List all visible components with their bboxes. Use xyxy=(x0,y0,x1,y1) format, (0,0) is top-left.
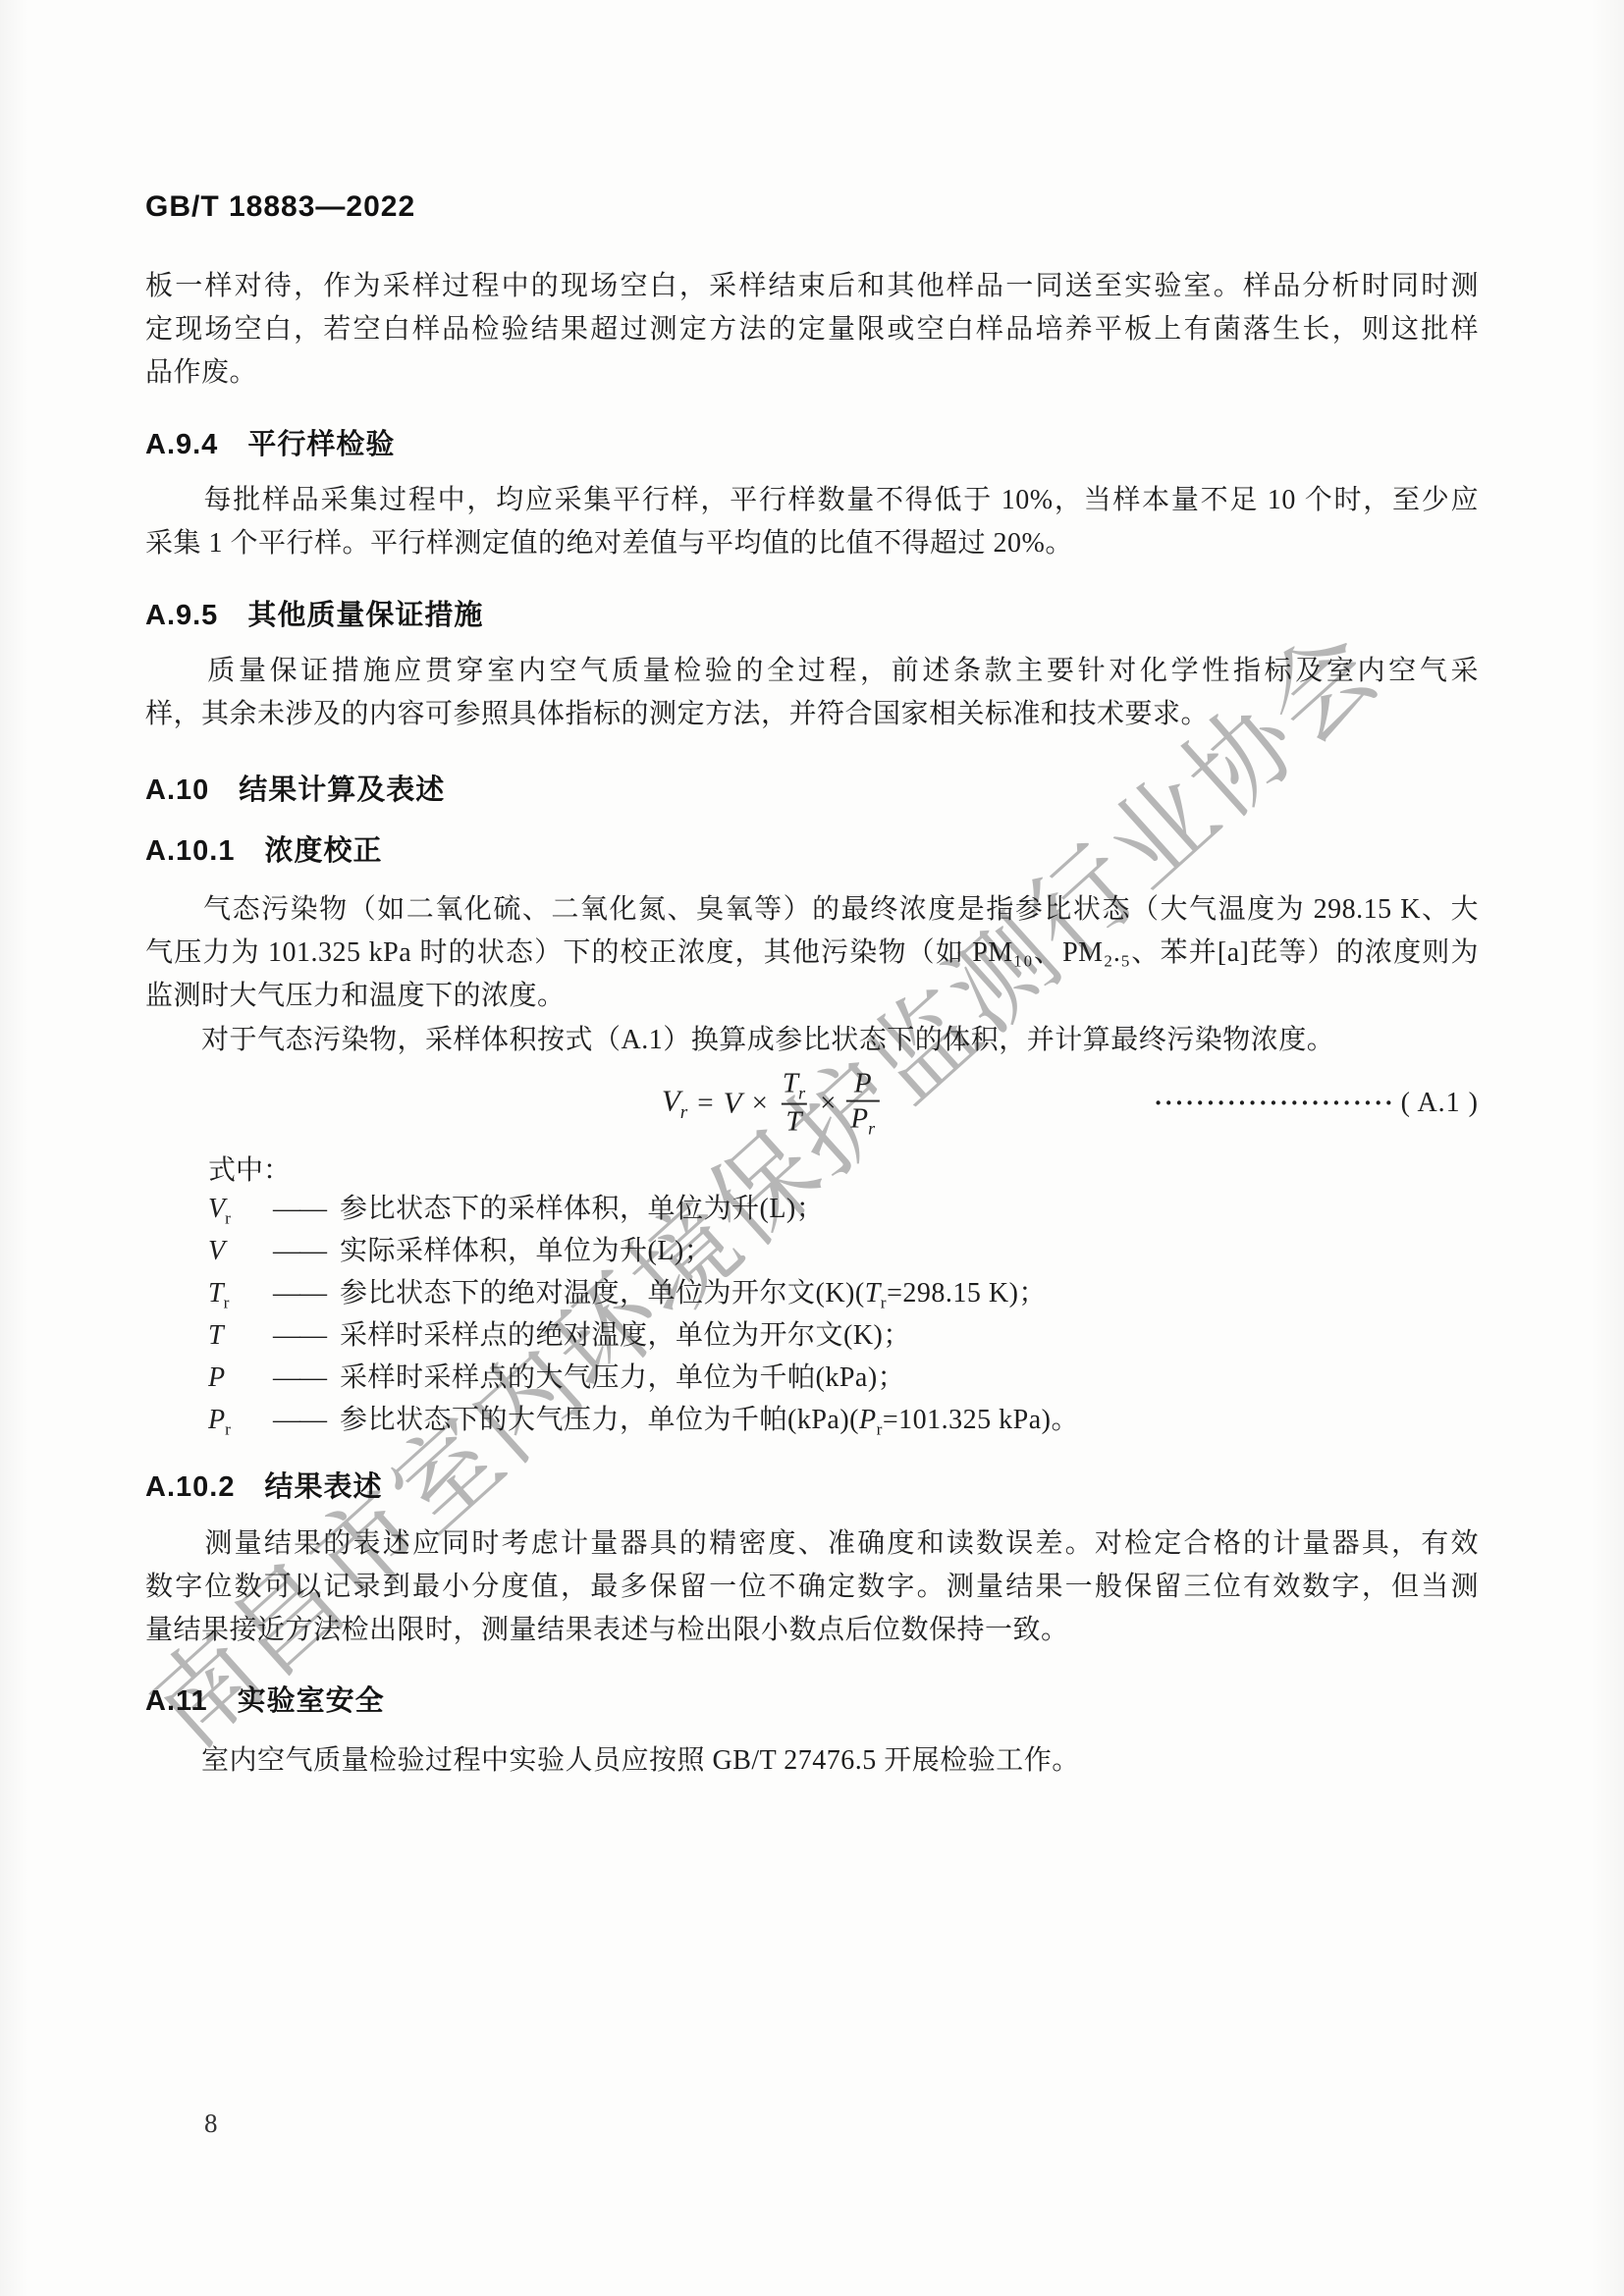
var-sub: r xyxy=(225,1209,231,1228)
text-line: 品作废。 xyxy=(145,351,1479,395)
section-heading-a101: A.10.1 浓度校正 xyxy=(145,828,1479,869)
definition-dash: —— xyxy=(273,1236,326,1267)
text-line: 测量结果的表述应同时考虑计量器具的精密度、准确度和读数误差。对检定合格的计量器具… xyxy=(145,1522,1479,1566)
var-t: T xyxy=(208,1320,224,1351)
paragraph: 测量结果的表述应同时考虑计量器具的精密度、准确度和读数误差。对检定合格的计量器具… xyxy=(145,1522,1479,1652)
multiply-sign: × xyxy=(820,1088,836,1120)
section-heading-a10: A.10 结果计算及表述 xyxy=(145,768,1479,808)
fraction-pressure: P Pr xyxy=(845,1068,880,1140)
text-line: 气压力为 101.325 kPa 时的状态）下的校正浓度，其他污染物（如 PM₁… xyxy=(145,932,1479,975)
desc-text: 参比状态下的绝对温度，单位为开尔文(K)( xyxy=(340,1278,865,1308)
desc-text: 参比状态下的大气压力，单位为千帕(kPa)( xyxy=(340,1405,859,1435)
term-row-tr: Tr —— 参比状态下的绝对温度，单位为开尔文(K)(Tr=298.15 K)； xyxy=(208,1271,1479,1313)
term-row-p: P —— 采样时采样点的大气压力，单位为千帕(kPa)； xyxy=(208,1356,1479,1398)
section-heading-a94: A.9.4 平行样检验 xyxy=(145,422,1479,462)
var-inline: P xyxy=(859,1405,877,1435)
term-description: 参比状态下的绝对温度，单位为开尔文(K)(Tr=298.15 K)； xyxy=(326,1271,1479,1313)
text-line: 采集 1 个平行样。平行样测定值的绝对差值与平均值的比值不得超过 20%。 xyxy=(145,522,1479,565)
term-row-vr: Vr —— 参比状态下的采样体积，单位为升(L)； xyxy=(208,1187,1479,1229)
var-sub: r xyxy=(224,1294,230,1312)
page-number: 8 xyxy=(204,2109,218,2139)
term-description: 实际采样体积，单位为升(L)； xyxy=(326,1229,1479,1271)
desc-text: 采样时采样点的大气压力，单位为千帕(kPa)； xyxy=(340,1362,905,1393)
text-line: 监测时大气压力和温度下的浓度。 xyxy=(145,975,1479,1018)
section-heading-a95: A.9.5 其他质量保证措施 xyxy=(145,593,1479,633)
text-line: 量结果接近方法检出限时，测量结果表述与检出限小数点后位数保持一致。 xyxy=(145,1609,1479,1652)
var-sub-r: r xyxy=(798,1083,805,1102)
section-heading-a11: A.11 实验室安全 xyxy=(145,1679,1479,1719)
formula-a1: Vr = V × Tr T × P Pr xyxy=(662,1068,880,1140)
formula-number-label: ( A.1 ) xyxy=(1401,1088,1479,1119)
fraction-numerator: P xyxy=(849,1068,877,1100)
term-row-pr: Pr —— 参比状态下的大气压力，单位为千帕(kPa)(Pr=101.325 k… xyxy=(208,1398,1479,1440)
text-line: 板一样对待，作为采样过程中的现场空白，采样结束后和其他样品一同送至实验室。样品分… xyxy=(145,265,1479,308)
var-v: V xyxy=(208,1236,225,1266)
text-line: 气态污染物（如二氧化硫、二氧化氮、臭氧等）的最终浓度是指参比状态（大气温度为 2… xyxy=(145,888,1479,932)
formula-block: Vr = V × Tr T × P Pr ···················… xyxy=(145,1052,1479,1154)
term-symbol: T xyxy=(208,1320,273,1356)
fraction-numerator: Tr xyxy=(778,1068,810,1103)
term-description: 采样时采样点的大气压力，单位为千帕(kPa)； xyxy=(326,1356,1479,1398)
definition-dash: —— xyxy=(273,1405,326,1436)
desc-text: 采样时采样点的绝对温度，单位为开尔文(K)； xyxy=(340,1320,911,1351)
text-line: 样，其余未涉及的内容可参照具体指标的测定方法，并符合国家相关标准和技术要求。 xyxy=(145,693,1479,736)
term-symbol: Pr xyxy=(208,1405,273,1440)
definition-dash: —— xyxy=(273,1362,326,1394)
paragraph: 每批样品采集过程中，均应采集平行样，平行样数量不得低于 10%，当样本量不足 1… xyxy=(145,479,1479,565)
var-sub-r: r xyxy=(680,1102,687,1123)
term-row-t: T —— 采样时采样点的绝对温度，单位为开尔文(K)； xyxy=(208,1313,1479,1356)
var-inline: T xyxy=(865,1278,881,1308)
text-line: 质量保证措施应贯穿室内空气质量检验的全过程，前述条款主要针对化学性指标及室内空气… xyxy=(145,650,1479,693)
var-v: V xyxy=(662,1083,680,1117)
var-sub: r xyxy=(225,1420,231,1439)
var-p: P xyxy=(854,1068,872,1099)
equals-sign: = xyxy=(697,1088,713,1120)
definition-dash: —— xyxy=(273,1194,326,1225)
fraction-denominator: Pr xyxy=(845,1100,880,1139)
text-line: 每批样品采集过程中，均应采集平行样，平行样数量不得低于 10%，当样本量不足 1… xyxy=(145,479,1479,522)
section-heading-a102: A.10.2 结果表述 xyxy=(145,1465,1479,1505)
term-symbol: Vr xyxy=(208,1194,273,1229)
definition-dash: —— xyxy=(273,1320,326,1352)
paragraph: 质量保证措施应贯穿室内空气质量检验的全过程，前述条款主要针对化学性指标及室内空气… xyxy=(145,650,1479,736)
var-v: V xyxy=(724,1086,742,1120)
var-sub-r: r xyxy=(868,1119,875,1139)
multiply-sign: × xyxy=(752,1088,768,1120)
standard-number-header: GB/T 18883—2022 xyxy=(145,190,1479,224)
var-t: T xyxy=(785,1106,801,1138)
desc-text: =298.15 K)； xyxy=(887,1278,1047,1308)
dot-leader: ······················· xyxy=(1154,1089,1394,1118)
fraction-temperature: Tr T xyxy=(778,1068,810,1140)
var-t: T xyxy=(783,1068,798,1099)
paragraph: 板一样对待，作为采样过程中的现场空白，采样结束后和其他样品一同送至实验室。样品分… xyxy=(145,265,1479,395)
term-symbol: V xyxy=(208,1236,273,1271)
formula-rhs-v: V xyxy=(724,1086,742,1121)
desc-text: 参比状态下的采样体积，单位为升(L)； xyxy=(340,1194,824,1224)
var-p: P xyxy=(208,1405,225,1435)
desc-text: =101.325 kPa)。 xyxy=(883,1405,1079,1435)
paragraph: 气态污染物（如二氧化硫、二氧化氮、臭氧等）的最终浓度是指参比状态（大气温度为 2… xyxy=(145,888,1479,1018)
desc-text: 实际采样体积，单位为升(L)； xyxy=(340,1236,712,1266)
term-description: 采样时采样点的绝对温度，单位为开尔文(K)； xyxy=(326,1313,1479,1356)
term-description: 参比状态下的采样体积，单位为升(L)； xyxy=(326,1187,1479,1229)
text-line: 数字位数可以记录到最小分度值，最多保留一位不确定数字。测量结果一般保留三位有效数… xyxy=(145,1566,1479,1609)
text-line: 定现场空白，若空白样品检验结果超过测定方法的定量限或空白样品培养平板上有菌落生长… xyxy=(145,308,1479,351)
term-symbol: P xyxy=(208,1362,273,1398)
formula-lhs: Vr xyxy=(662,1083,687,1123)
term-description: 参比状态下的大气压力，单位为千帕(kPa)(Pr=101.325 kPa)。 xyxy=(326,1398,1479,1440)
var-p: P xyxy=(850,1103,868,1135)
term-row-v: V —— 实际采样体积，单位为升(L)； xyxy=(208,1229,1479,1271)
var-v: V xyxy=(208,1194,225,1224)
where-label: 式中： xyxy=(208,1148,1542,1188)
term-symbol: Tr xyxy=(208,1278,273,1313)
fraction-denominator: T xyxy=(781,1103,806,1139)
var-t: T xyxy=(208,1278,224,1308)
document-page: 南昌市室内环境保护监测行业协会 GB/T 18883—2022 板一样对待，作为… xyxy=(0,0,1624,2296)
var-p: P xyxy=(208,1362,225,1393)
formula-reference: ······················· ( A.1 ) xyxy=(1154,1088,1479,1119)
paragraph: 室内空气质量检验过程中实验人员应按照 GB/T 27476.5 开展检验工作。 xyxy=(145,1739,1479,1783)
definition-dash: —— xyxy=(273,1278,326,1309)
text-line: 室内空气质量检验过程中实验人员应按照 GB/T 27476.5 开展检验工作。 xyxy=(145,1739,1479,1783)
symbol-definitions: Vr —— 参比状态下的采样体积，单位为升(L)； V —— 实际采样体积，单位… xyxy=(208,1187,1479,1440)
